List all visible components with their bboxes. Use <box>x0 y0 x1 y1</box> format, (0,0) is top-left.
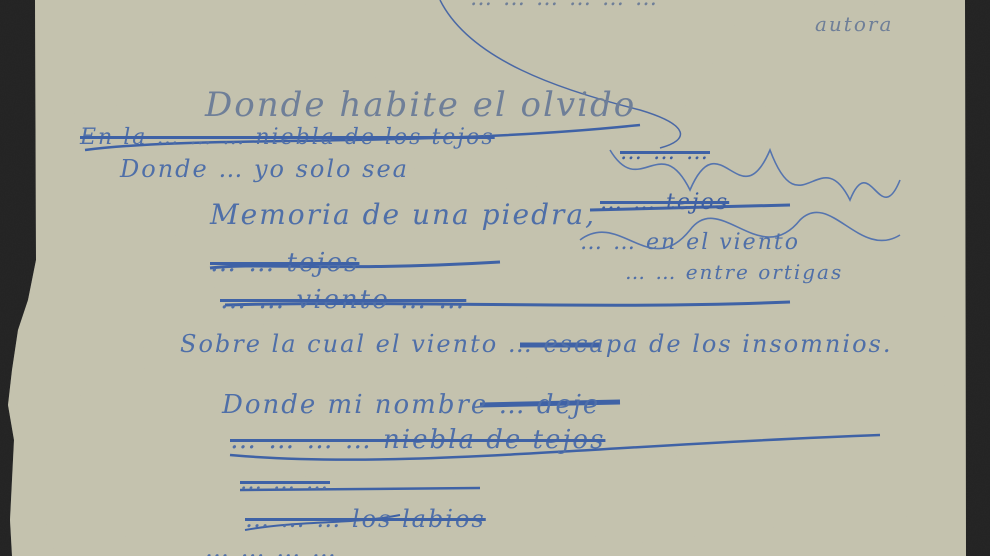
line-10: … … … los labios <box>245 505 486 533</box>
margin-note-3: … … en el viento <box>580 230 800 255</box>
line-8: … … … … niebla de tejos <box>230 425 605 455</box>
top-note-author: autora <box>815 12 893 36</box>
line-4: … … tejos <box>210 248 359 278</box>
line-11: … … … … <box>205 535 338 556</box>
line-6: Sobre la cual el viento … escapa de los … <box>180 330 892 358</box>
top-note-line1: … … … … … … <box>470 0 659 11</box>
manuscript-title: Donde habite el olvido <box>205 85 636 125</box>
line-1: En la … … … niebla de los tejos <box>80 125 495 150</box>
margin-note-4: … … entre ortigas <box>625 260 843 284</box>
line-2: Donde … yo solo sea <box>120 155 409 183</box>
line-9: … … … <box>240 470 330 495</box>
margin-note-2: … … tejos <box>600 190 729 215</box>
line-5: … … viento … … <box>220 285 466 315</box>
line-7: Donde mi nombre … deje <box>222 390 600 420</box>
line-3: Memoria de una piedra, <box>210 198 596 231</box>
margin-note-1: … … … <box>620 140 710 165</box>
